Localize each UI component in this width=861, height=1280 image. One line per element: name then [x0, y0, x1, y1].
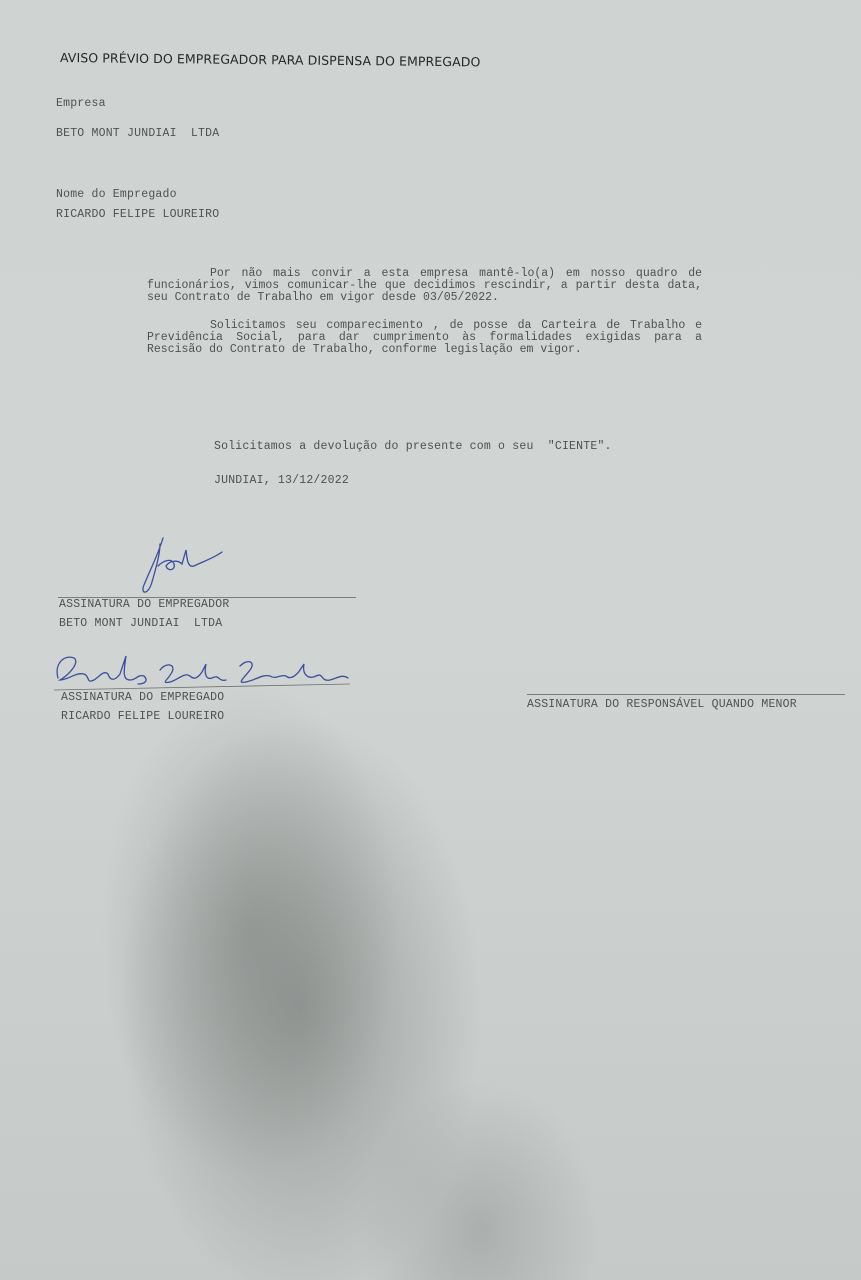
employee-signature-scribble	[50, 650, 360, 695]
company-name: BETO MONT JUNDIAI LTDA	[56, 127, 219, 140]
employee-name: RICARDO FELIPE LOUREIRO	[56, 208, 219, 221]
employee-label: Nome do Empregado	[56, 188, 177, 201]
return-request-text: Solicitamos a devolução do presente com …	[214, 440, 612, 453]
guardian-signature-label: ASSINATURA DO RESPONSÁVEL QUANDO MENOR	[527, 698, 797, 711]
employer-signature-name: BETO MONT JUNDIAI LTDA	[59, 617, 222, 630]
document-title: AVISO PRÉVIO DO EMPREGADOR PARA DISPENSA…	[60, 50, 481, 69]
employer-signature-label: ASSINATURA DO EMPREGADOR	[59, 598, 229, 611]
scanned-document-page: AVISO PRÉVIO DO EMPREGADOR PARA DISPENSA…	[0, 0, 861, 1280]
attendance-paragraph: Solicitamos seu comparecimento , de poss…	[147, 320, 702, 356]
employer-signature-scribble	[130, 530, 230, 600]
employee-signature-label: ASSINATURA DO EMPREGADO	[61, 691, 224, 704]
dismissal-paragraph: Por não mais convir a esta empresa mantê…	[147, 268, 702, 304]
company-label: Empresa	[56, 97, 106, 110]
place-and-date: JUNDIAI, 13/12/2022	[214, 474, 349, 487]
guardian-signature-line	[527, 694, 845, 695]
employee-signature-name: RICARDO FELIPE LOUREIRO	[61, 710, 224, 723]
